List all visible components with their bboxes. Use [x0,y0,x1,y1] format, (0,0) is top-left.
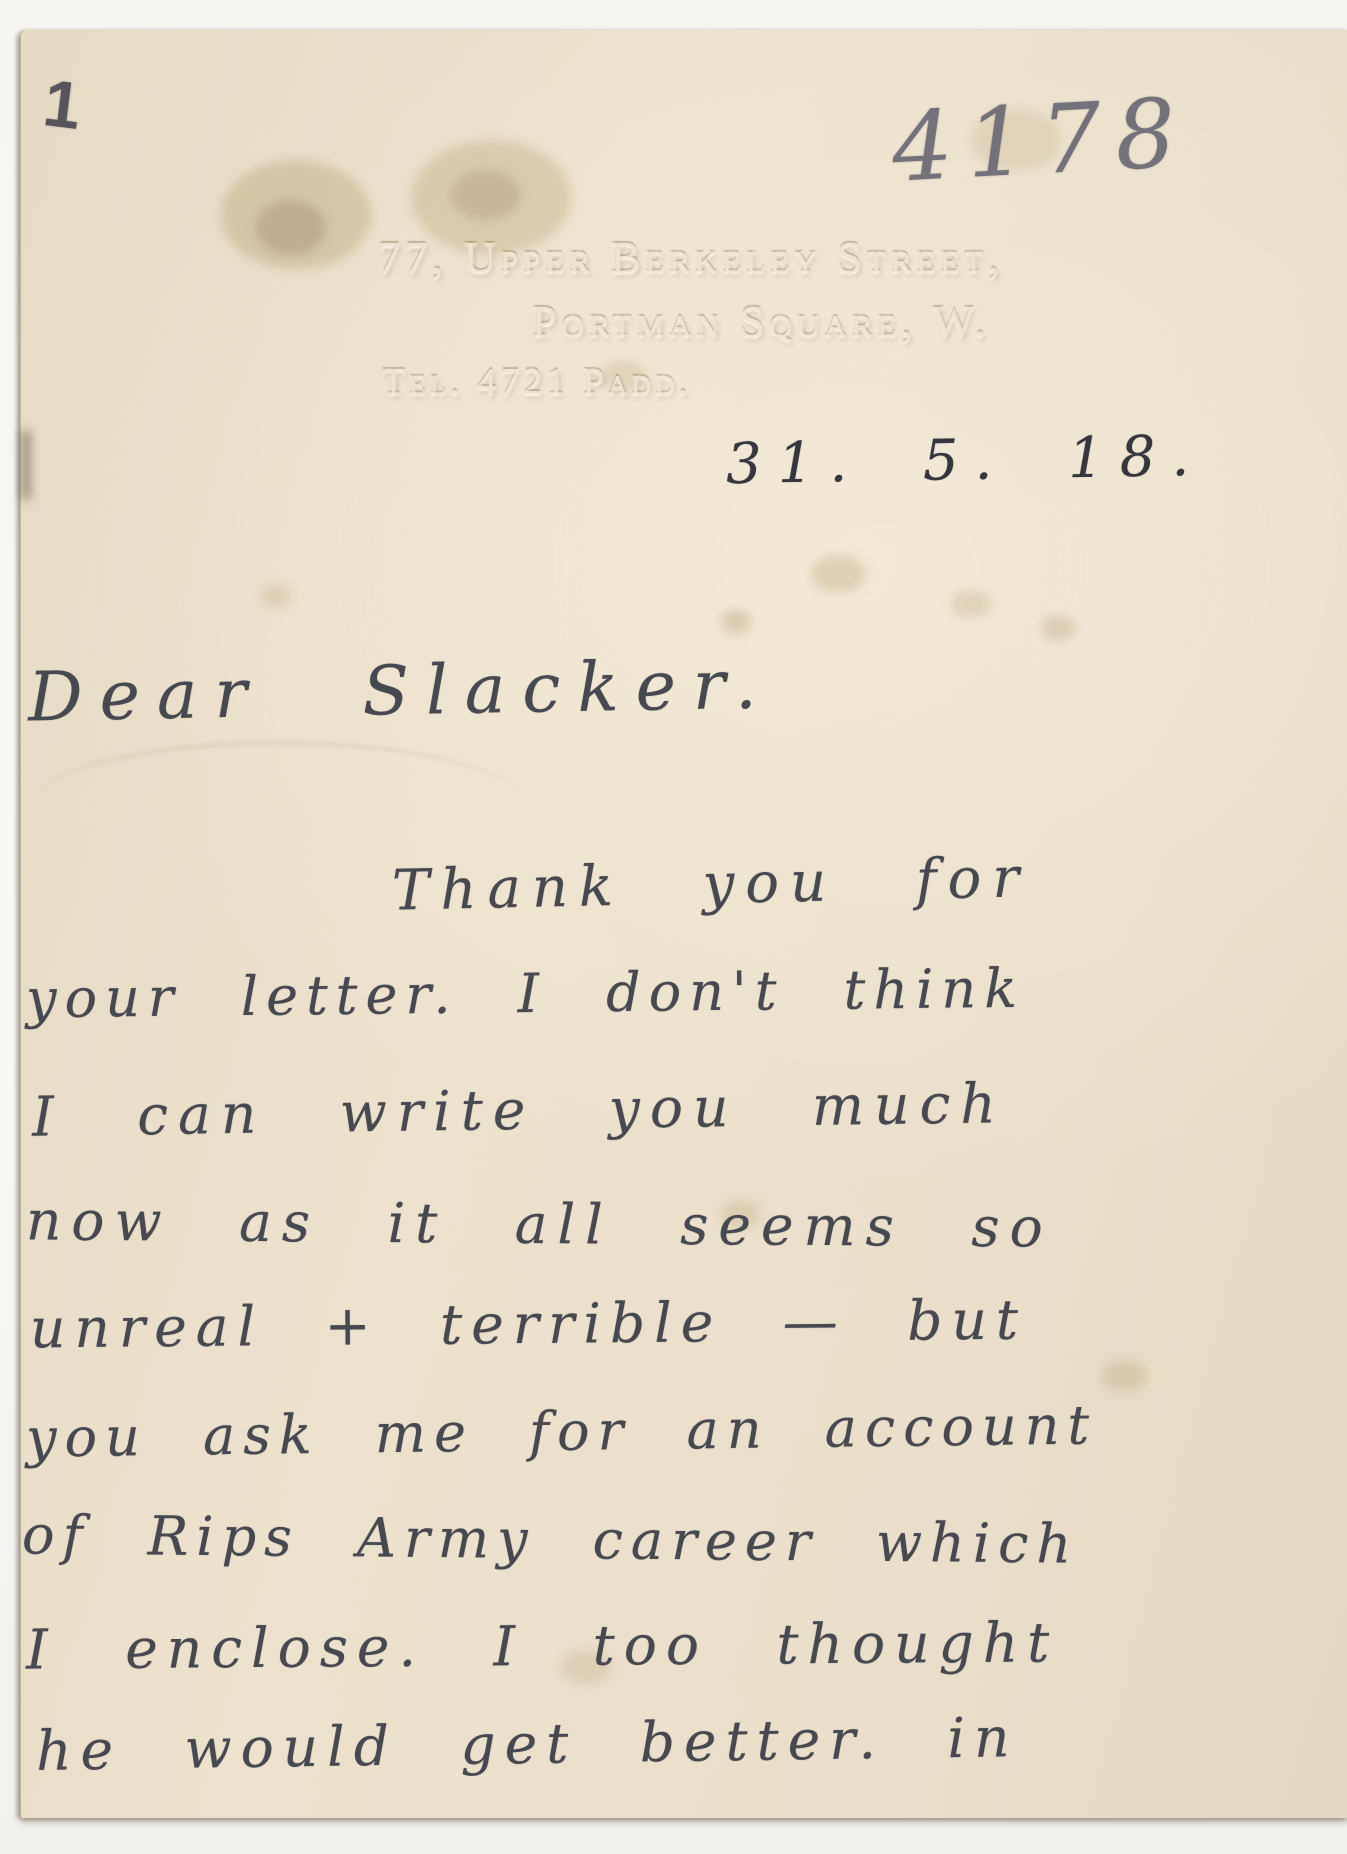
stain [811,555,866,593]
letterhead-address-line-1: 77, Upper Berkeley Street, [378,232,1004,283]
handwritten-line: Thank you for [391,845,1030,923]
stain [21,430,31,500]
handwritten-line: unreal + terrible — but [30,1288,1028,1361]
handwritten-line: now as it all seems so [26,1188,1053,1259]
stain [951,590,991,618]
stain [451,170,521,220]
stain [261,585,291,607]
handwritten-line: you ask me for an account [26,1393,1098,1469]
letter-salutation: Dear Slacker. [27,646,774,738]
stain [1101,1360,1147,1392]
scanned-letter-page: 1 4178 77, Upper Berkeley Street, Portma… [0,0,1347,1854]
stain [221,160,371,270]
stain [256,200,326,255]
letter-date: 31. 5. 18. [725,424,1205,497]
catalog-number-mark: 4178 [889,78,1192,203]
handwritten-line: I can write you much [32,1071,1007,1149]
handwritten-line: he would get better. in [36,1705,1019,1783]
stain [721,610,751,634]
handwritten-line: your letter. I don't think [26,957,1025,1030]
letterhead-telephone: Tel. 4721 Padd. [382,360,692,404]
letterhead-address-line-2: Portman Square, W. [532,296,991,347]
handwritten-line: of Rips Army career which [22,1503,1080,1575]
stain [1041,615,1075,641]
handwritten-line: I enclose. I too thought [26,1610,1059,1681]
paper-crease [29,742,529,808]
